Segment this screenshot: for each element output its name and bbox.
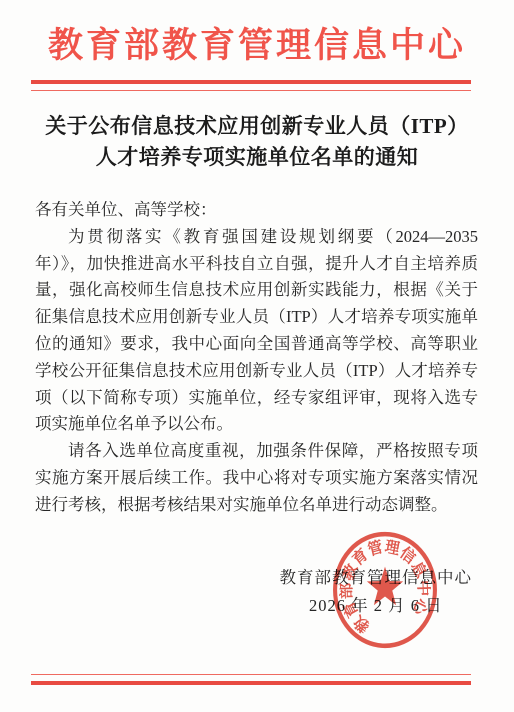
body-paragraph: 为贯彻落实《教育强国建设规划纲要（2024—2035 年）》，加快推进高水平科技… (35, 224, 478, 438)
signature-block: 教育部教育管理信息中心 2026 年 2 月 6 日 (280, 564, 473, 620)
notice-title: 关于公布信息技术应用创新专业人员（ITP） 人才培养专项实施单位名单的通知 (20, 111, 494, 173)
notice-title-line1: 关于公布信息技术应用创新专业人员（ITP） (20, 111, 494, 142)
document-page: 教育部教育管理信息中心 关于公布信息技术应用创新专业人员（ITP） 人才培养专项… (0, 0, 514, 712)
letterhead-double-rule (31, 80, 471, 91)
signature-date: 2026 年 2 月 6 日 (280, 592, 473, 620)
notice-body: 各有关单位、高等学校： 为贯彻落实《教育强国建设规划纲要（2024—2035 年… (35, 197, 478, 519)
salutation: 各有关单位、高等学校： (35, 197, 478, 224)
footer-double-rule (31, 674, 471, 685)
body-paragraph: 请各入选单位高度重视，加强条件保障，严格按照专项实施方案开展后续工作。我中心将对… (35, 438, 478, 518)
letterhead-org-name: 教育部教育管理信息中心 (0, 18, 514, 68)
signature-org: 教育部教育管理信息中心 (280, 564, 473, 592)
notice-title-line2: 人才培养专项实施单位名单的通知 (20, 142, 494, 173)
